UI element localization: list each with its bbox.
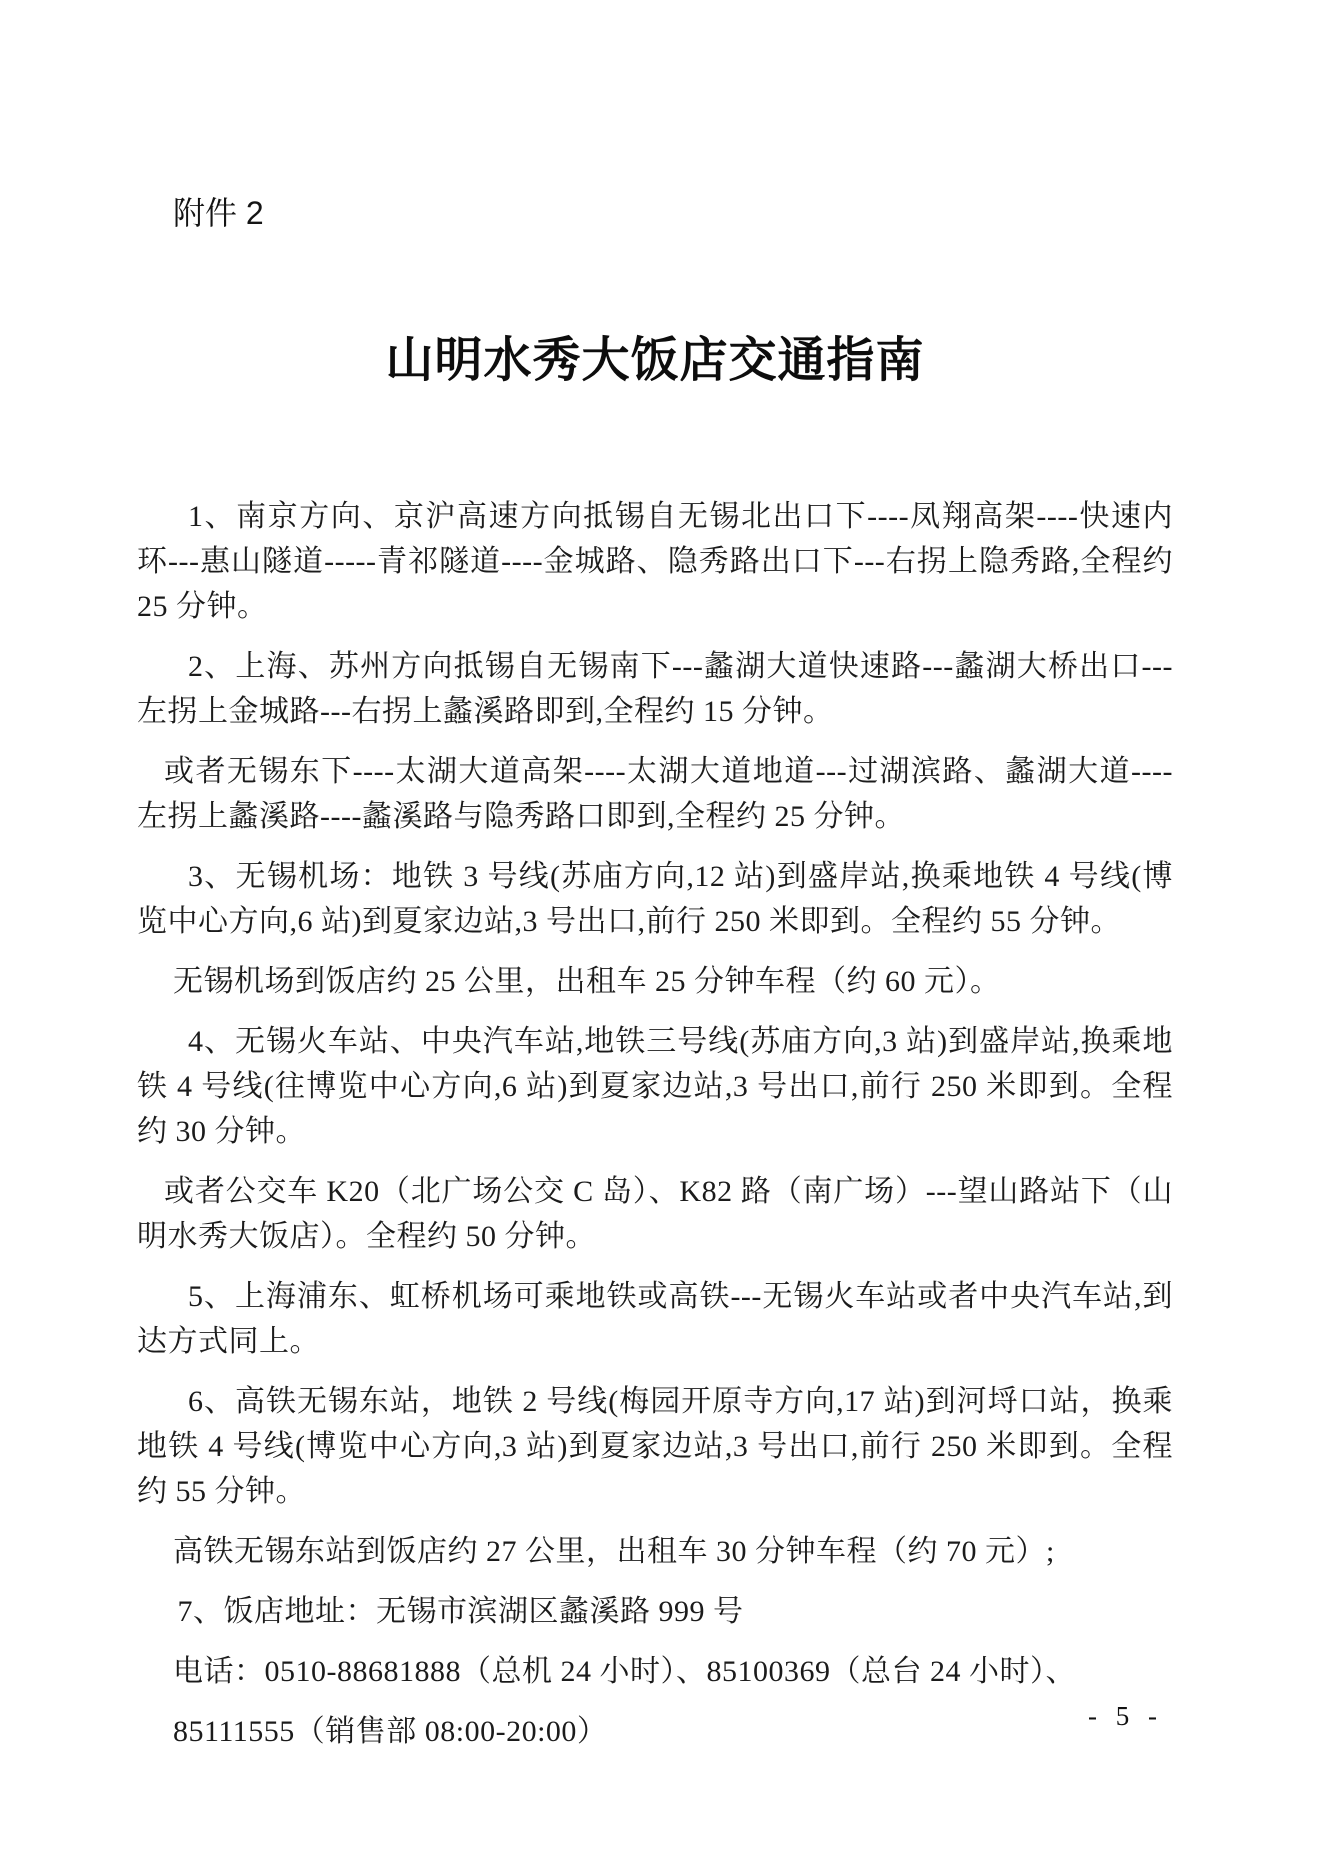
body-paragraph: 1、南京方向、京沪高速方向抵锡自无锡北出口下----凤翔高架----快速内环--… (137, 494, 1173, 629)
body-paragraph: 或者无锡东下----太湖大道高架----太湖大道地道---过湖滨路、蠡湖大道--… (137, 749, 1173, 839)
body-paragraph: 4、无锡火车站、中央汽车站,地铁三号线(苏庙方向,3 站)到盛岸站,换乘地铁 4… (137, 1019, 1173, 1154)
page-title: 山明水秀大饭店交通指南 (137, 331, 1173, 391)
body-paragraph: 高铁无锡东站到饭店约 27 公里，出租车 30 分钟车程（约 70 元）; (137, 1529, 1173, 1574)
body-paragraph: 5、上海浦东、虹桥机场可乘地铁或高铁---无锡火车站或者中央汽车站,到达方式同上… (137, 1274, 1173, 1364)
body-paragraph: 6、高铁无锡东站，地铁 2 号线(梅园开原寺方向,17 站)到河埒口站，换乘地铁… (137, 1379, 1173, 1514)
body-paragraph: 电话：0510-88681888（总机 24 小时）、85100369（总台 2… (137, 1649, 1173, 1694)
attachment-label: 附件 2 (173, 195, 1323, 231)
body-paragraph: 2、上海、苏州方向抵锡自无锡南下---蠡湖大道快速路---蠡湖大桥出口---左拐… (137, 644, 1173, 734)
document-page: 附件 2 山明水秀大饭店交通指南 1、南京方向、京沪高速方向抵锡自无锡北出口下-… (0, 0, 1323, 1871)
body-paragraph: 3、无锡机场：地铁 3 号线(苏庙方向,12 站)到盛岸站,换乘地铁 4 号线(… (137, 854, 1173, 944)
page-number: - 5 - (1088, 1698, 1163, 1734)
body-paragraph: 7、饭店地址：无锡市滨湖区蠡溪路 999 号 (137, 1589, 1173, 1634)
body-paragraph: 无锡机场到饭店约 25 公里，出租车 25 分钟车程（约 60 元）。 (137, 959, 1173, 1004)
body-paragraph: 或者公交车 K20（北广场公交 C 岛）、K82 路（南广场）---望山路站下（… (137, 1169, 1173, 1259)
document-body: 1、南京方向、京沪高速方向抵锡自无锡北出口下----凤翔高架----快速内环--… (137, 494, 1173, 1754)
body-paragraph: 85111555（销售部 08:00-20:00） (137, 1709, 1173, 1754)
